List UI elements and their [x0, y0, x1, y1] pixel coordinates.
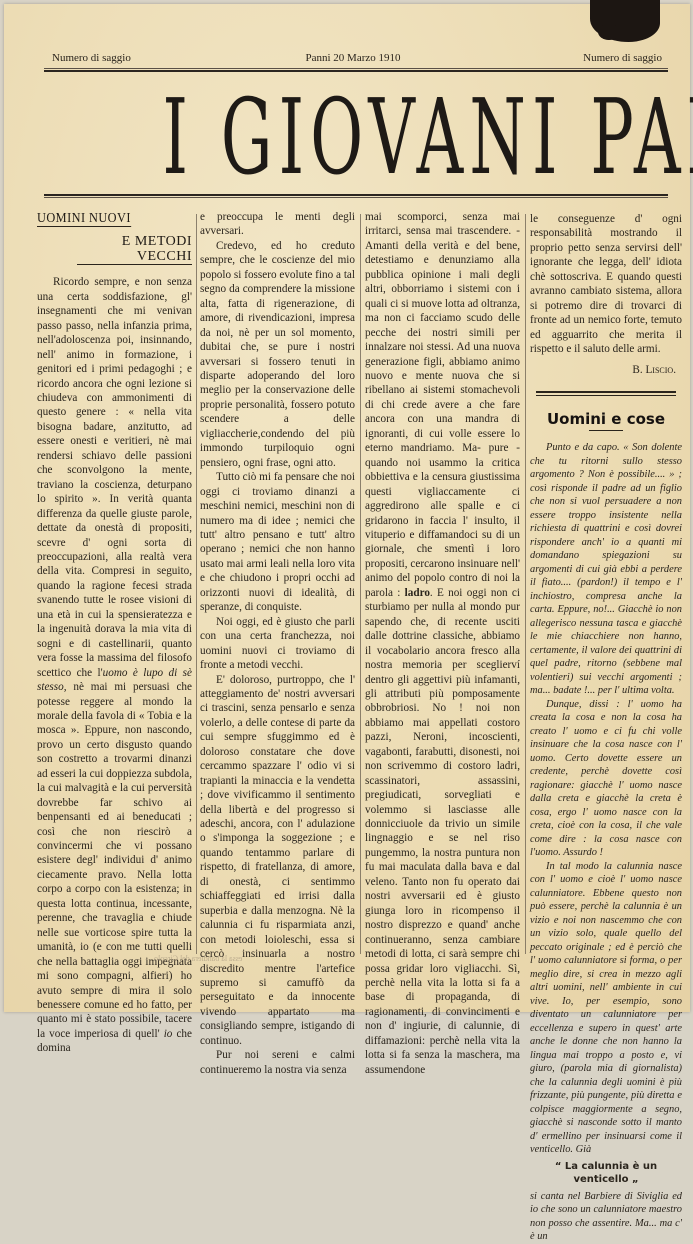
column-divider — [196, 214, 197, 954]
issue-label-right: Numero di saggio — [583, 52, 662, 64]
column-4: le conseguenze d' ogni responsabilità mo… — [530, 204, 682, 964]
section-title-rule — [589, 430, 623, 431]
masthead-rule-thin — [44, 197, 668, 198]
column-3: mai scomporci, senza mai irritarci, sens… — [365, 204, 520, 964]
masthead-rule — [44, 194, 668, 196]
article-paragraph: Ricordo sempre, e non senza una certa so… — [37, 275, 192, 1024]
article-paragraph: Noi oggi, ed è giusto che parli con una … — [200, 615, 355, 673]
column-2: e preoccupa le menti degli avversari. Cr… — [200, 204, 355, 964]
header-rule-thick — [44, 70, 668, 72]
article-paragraph: Punto e da capo. « Son dolente che tu ri… — [530, 441, 682, 698]
article-paragraph: mai scomporci, senza mai irritarci, sens… — [365, 210, 520, 1024]
date-line: Panni 20 Marzo 1910 — [44, 52, 662, 64]
article-title-line-2: E METODI VECCHI — [77, 235, 192, 265]
emphasized-word: ladro — [405, 587, 430, 599]
newspaper-page: Numero di saggio Panni 20 Marzo 1910 Num… — [4, 4, 690, 1012]
column-text-italic: Punto e da capo. « Son dolente che tu ri… — [530, 441, 682, 1024]
author-signature: B. Liscio. — [530, 363, 682, 377]
masthead-title: I GIOVANI PANNESI — [163, 82, 550, 192]
column-divider — [525, 214, 526, 954]
section-divider-thin — [536, 395, 676, 396]
article-paragraph: E' doloroso, purtroppo, che l' atteggiam… — [200, 673, 355, 1025]
header-info-row: Numero di saggio Panni 20 Marzo 1910 Num… — [44, 52, 662, 68]
bleed-through-text: essa la bandiera del Circolo — [154, 954, 242, 963]
article-columns: UOMINI NUOVI E METODI VECCHI Ricordo sem… — [32, 204, 682, 964]
column-1: UOMINI NUOVI E METODI VECCHI Ricordo sem… — [37, 204, 192, 964]
torn-corner — [590, 0, 660, 42]
article-paragraph: Credevo, ed ho creduto sempre, che le co… — [200, 239, 355, 470]
masthead-text: I GIOVANI PANNESI — [163, 82, 693, 192]
article-paragraph: In tal modo la calunnia nasce con l' uom… — [530, 860, 682, 1024]
column-divider — [360, 214, 361, 954]
article-paragraph: le conseguenze d' ogni responsabilità mo… — [530, 212, 682, 357]
article-paragraph: Dunque, dissi : l' uomo ha creata la cos… — [530, 698, 682, 860]
header-rule — [44, 68, 668, 69]
article-paragraph: e preoccupa le menti degli avversari. — [200, 210, 355, 239]
article-paragraph: Tutto ciò mi fa pensare che noi oggi ci … — [200, 470, 355, 615]
section-divider — [536, 391, 676, 393]
article-title-line-1: UOMINI NUOVI — [37, 212, 131, 227]
section-title: Uomini e cose — [530, 412, 682, 426]
